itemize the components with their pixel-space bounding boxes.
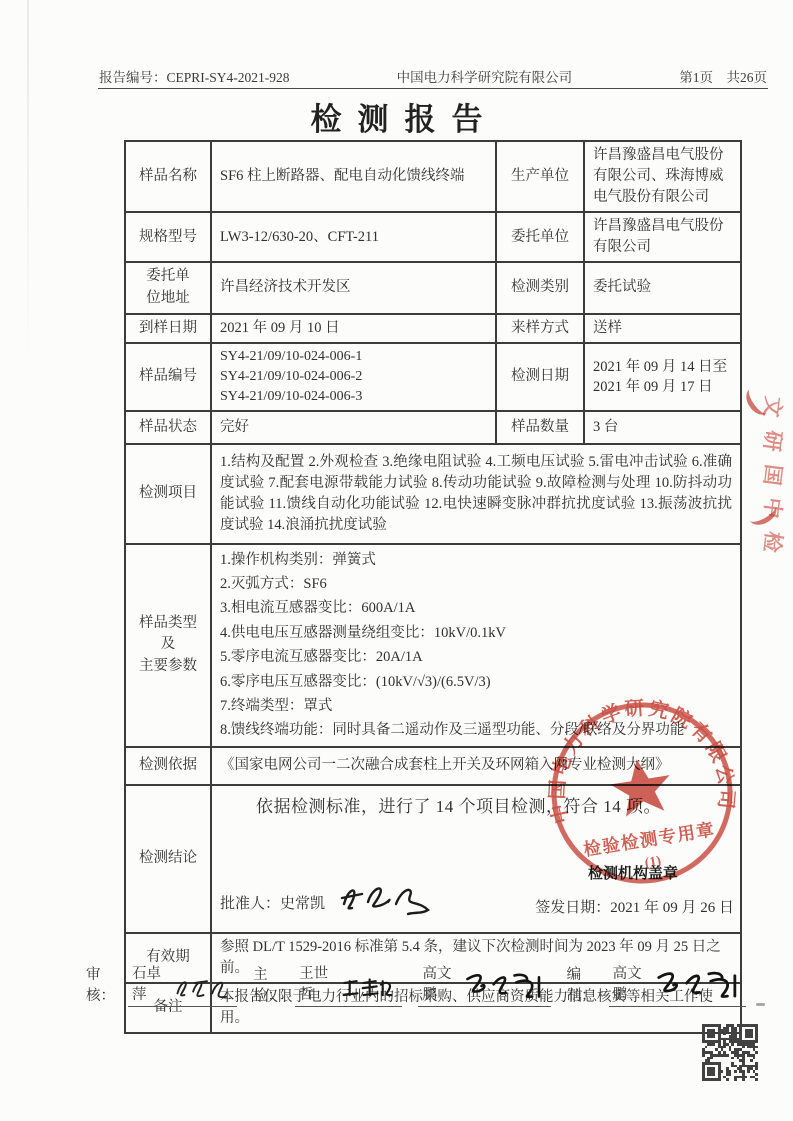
arrival-date-value: 2021 年 09 月 10 日 <box>211 314 496 343</box>
report-page: 报告编号：CEPRI-SY4-2021-928 中国电力科学研究院有限公司 第1… <box>0 0 793 1121</box>
approver-name: 史常凯 <box>280 896 325 912</box>
client-address-value: 许昌经济技术开发区 <box>211 262 496 314</box>
prepare-signature-handwriting <box>655 966 740 1004</box>
row-model: 规格型号 LW3-12/630-20、CFT-211 委托单位 许昌豫盛昌电气股… <box>125 212 741 262</box>
edge-riding-seal: 文研国中检 <box>753 392 793 557</box>
test-category-label: 检测类别 <box>496 262 584 314</box>
issue-date-value: 2021 年 09 月 26 日 <box>610 900 734 916</box>
report-number-value: CEPRI-SY4-2021-928 <box>167 70 290 85</box>
paper-fold-line <box>27 0 29 360</box>
test-items-value: 1.结构及配置 2.外观检查 3.绝缘电阻试验 4.工频电压试验 5.雷电冲击试… <box>211 444 741 544</box>
review-label: 审核： <box>86 963 124 1007</box>
row-arrival-date: 到样日期 2021 年 09 月 10 日 来样方式 送样 <box>125 314 741 343</box>
sample-no-value: SY4-21/09/10-024-006-1SY4-21/09/10-024-0… <box>211 343 496 411</box>
sample-type-label: 样品类型及主要参数 <box>125 544 211 747</box>
report-table: 样品名称 SF6 柱上断路器、配电自动化馈线终端 生产单位 许昌豫盛昌电气股份有… <box>124 140 742 1034</box>
producer-value: 许昌豫盛昌电气股份有限公司、珠海博威电气股份有限公司 <box>584 141 741 212</box>
test-items-label: 检测项目 <box>125 444 211 544</box>
approver-signature-handwriting <box>338 880 434 920</box>
report-number: 报告编号：CEPRI-SY4-2021-928 <box>99 66 290 86</box>
page-indicator: 第1页 共26页 <box>679 66 767 86</box>
second-inspector-signature-handwriting <box>464 968 544 1004</box>
prepare-signature-group: 编制： 高文鹏 <box>567 962 746 1007</box>
test-date-label: 检测日期 <box>496 343 584 411</box>
seal-number: (1) <box>644 854 663 871</box>
organization-name: 中国电力科学研究院有限公司 <box>397 66 573 86</box>
report-number-label: 报告编号： <box>99 70 167 85</box>
sample-no-label: 样品编号 <box>125 343 211 411</box>
row-test-items: 检测项目 1.结构及配置 2.外观检查 3.绝缘电阻试验 4.工频电压试验 5.… <box>125 444 741 544</box>
sample-status-label: 样品状态 <box>125 411 211 444</box>
header-divider <box>98 88 768 89</box>
prepare-label: 编制： <box>567 963 605 1007</box>
row-client-address: 委托单位地址 许昌经济技术开发区 检测类别 委托试验 <box>125 262 741 314</box>
review-name: 石卓萍 <box>132 962 170 1004</box>
model-value: LW3-12/630-20、CFT-211 <box>211 212 496 262</box>
seal-star <box>607 755 675 819</box>
approver-label: 批准人： <box>220 896 280 912</box>
signature-row: 审核： 石卓萍 主检： 王世哲 <box>86 962 746 1007</box>
sample-qty-value: 3 台 <box>584 411 741 444</box>
test-basis-label: 检测依据 <box>125 747 211 785</box>
sample-name-value: SF6 柱上断路器、配电自动化馈线终端 <box>211 141 496 212</box>
chief-signature-handwriting <box>341 974 397 1004</box>
seal-caption: 检验检测专用章 <box>582 819 716 860</box>
chief-signature-group: 主检： 王世哲 <box>253 962 402 1007</box>
chief-name: 王世哲 <box>299 962 337 1004</box>
test-date-value: 2021 年 09 月 14 日至2021 年 09 月 17 日 <box>584 343 741 411</box>
conclusion-label: 检测结论 <box>125 785 211 933</box>
row-sample-status: 样品状态 完好 样品数量 3 台 <box>125 411 741 444</box>
arrival-date-label: 到样日期 <box>125 314 211 343</box>
row-sample-name: 样品名称 SF6 柱上断路器、配电自动化馈线终端 生产单位 许昌豫盛昌电气股份有… <box>125 141 741 212</box>
row-sample-no: 样品编号 SY4-21/09/10-024-006-1SY4-21/09/10-… <box>125 343 741 411</box>
second-inspector-signature-group: 高文鹏 <box>418 962 550 1007</box>
approver-line: 批准人：史常凯 <box>220 894 325 916</box>
delivery-mode-value: 送样 <box>584 314 741 343</box>
test-category-value: 委托试验 <box>584 262 741 314</box>
producer-label: 生产单位 <box>496 141 584 212</box>
qr-code <box>702 1024 758 1081</box>
review-signature-group: 审核： 石卓萍 <box>86 962 237 1007</box>
review-signature-handwriting <box>174 974 231 1004</box>
client-value: 许昌豫盛昌电气股份有限公司 <box>584 212 741 262</box>
prepare-name: 高文鹏 <box>613 962 651 1004</box>
client-label: 委托单位 <box>496 212 584 262</box>
ink-smudge <box>756 1003 765 1006</box>
sample-status-value: 完好 <box>211 411 496 444</box>
document-title: 检测报告 <box>0 94 793 139</box>
delivery-mode-label: 来样方式 <box>496 314 584 343</box>
chief-label: 主检： <box>253 963 291 1007</box>
model-label: 规格型号 <box>125 212 211 262</box>
sample-qty-label: 样品数量 <box>496 411 584 444</box>
second-inspector-name: 高文鹏 <box>422 962 460 1004</box>
sample-name-label: 样品名称 <box>125 141 211 212</box>
page-header: 报告编号：CEPRI-SY4-2021-928 中国电力科学研究院有限公司 第1… <box>99 66 767 86</box>
agency-round-seal: 中国电力科学研究院有限公司 检验检测专用章 (1) <box>529 680 756 907</box>
client-address-label: 委托单位地址 <box>125 262 211 314</box>
